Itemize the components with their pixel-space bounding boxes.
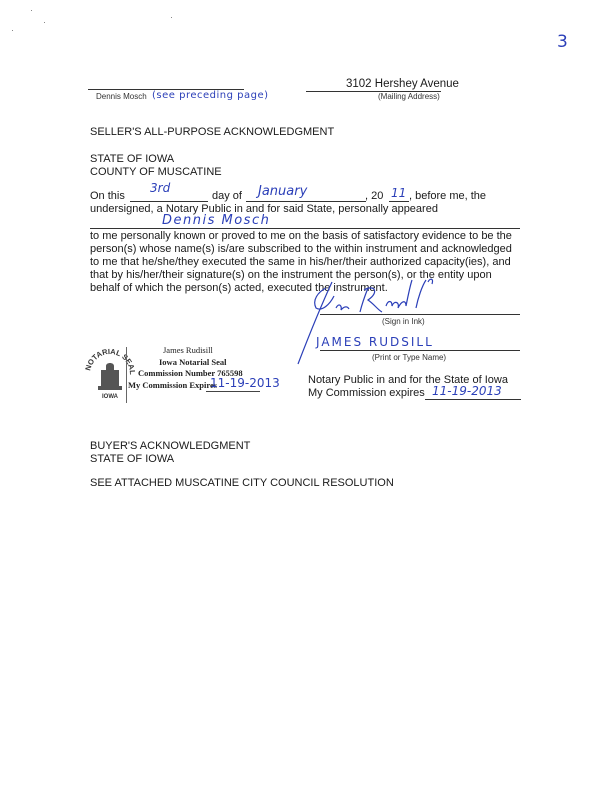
commission-expires-line — [425, 399, 521, 400]
seal-expires-label: My Commission Expires — [128, 380, 217, 391]
printed-name-value: JAMES RUDSILL — [316, 335, 434, 349]
seal-notary-name: James Rudisill — [163, 345, 213, 356]
scan-speck — [171, 17, 172, 18]
ack-body-line-3: to me that he/she/they executed the same… — [90, 256, 511, 269]
printed-name-line — [320, 350, 520, 351]
seal-title: Iowa Notarial Seal — [159, 357, 227, 368]
seller-ack-title: SELLER'S ALL-PURPOSE ACKNOWLEDGMENT — [90, 126, 334, 139]
seal-expires-line — [206, 391, 260, 392]
buyer-resolution-note: SEE ATTACHED MUSCATINE CITY COUNCIL RESO… — [90, 477, 394, 490]
mailing-address-value: 3102 Hershey Avenue — [346, 78, 459, 90]
commission-expires-label: My Commission expires — [308, 387, 425, 400]
appeared-name-line — [90, 228, 520, 229]
buyer-state: STATE OF IOWA — [90, 453, 174, 466]
seal-expires-value: 11-19-2013 — [210, 376, 280, 390]
buyer-ack-title: BUYER'S ACKNOWLEDGMENT — [90, 440, 250, 453]
printed-name-label: (Print or Type Name) — [372, 353, 446, 362]
year-prefix: , 20 — [365, 190, 383, 203]
page-number: 3 — [557, 32, 568, 52]
scan-speck — [12, 30, 13, 31]
mailing-address-label: (Mailing Address) — [378, 92, 440, 101]
appeared-name-value: Dennis Mosch — [162, 213, 270, 228]
notarial-seal-emblem: NOTARIAL SEAL IOWA — [84, 344, 136, 400]
seal-divider — [126, 347, 127, 403]
signer-printed-name: Dennis Mosch — [96, 92, 147, 101]
signer-note: (see preceding page) — [152, 90, 269, 101]
svg-text:IOWA: IOWA — [102, 394, 119, 400]
day-field-value: 3rd — [150, 181, 170, 195]
date-line-suffix: , before me, the — [409, 190, 486, 203]
signature-line — [320, 314, 520, 315]
commission-expires-value: 11-19-2013 — [432, 384, 502, 398]
ack-body-line-1: to me personally known or proved to me o… — [90, 230, 512, 243]
date-line-mid: day of — [212, 190, 242, 203]
date-line-prefix: On this — [90, 190, 125, 203]
signature-label: (Sign in Ink) — [382, 317, 425, 326]
scan-speck — [31, 10, 32, 11]
ack-body-line-2: person(s) whose name(s) is/are subscribe… — [90, 243, 512, 256]
scan-speck — [44, 22, 45, 23]
seller-state: STATE OF IOWA — [90, 153, 174, 166]
seller-county: COUNTY OF MUSCATINE — [90, 166, 222, 179]
month-field-value: January — [258, 184, 307, 199]
day-field-line — [130, 201, 208, 202]
month-field-line — [246, 201, 366, 202]
year-field-value: 11 — [391, 186, 406, 200]
year-field-line — [389, 201, 409, 202]
